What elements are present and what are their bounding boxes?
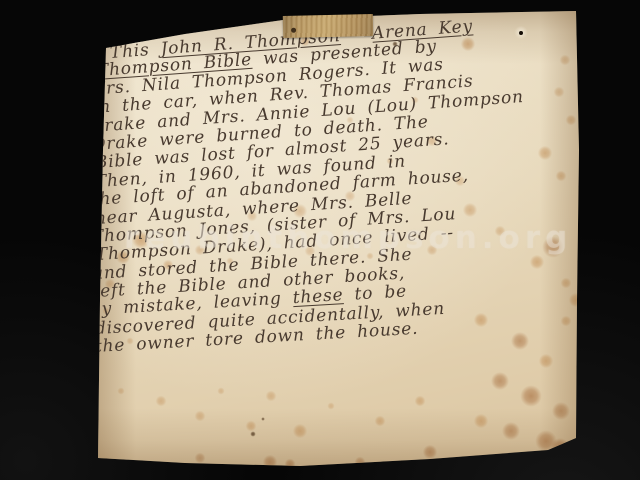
- punch-hole-right: [514, 26, 528, 39]
- punch-hole-left: [126, 29, 144, 45]
- watermark-text: reubinthompson.org: [124, 220, 572, 256]
- handwriting-block: This John R. Thompson – Arena KeyThompso…: [92, 44, 572, 357]
- tape: [283, 14, 373, 38]
- paper-edge-shadow-bottom: [80, 408, 600, 480]
- paper: This John R. Thompson – Arena KeyThompso…: [0, 0, 640, 480]
- photo-background: This John R. Thompson – Arena KeyThompso…: [0, 0, 640, 480]
